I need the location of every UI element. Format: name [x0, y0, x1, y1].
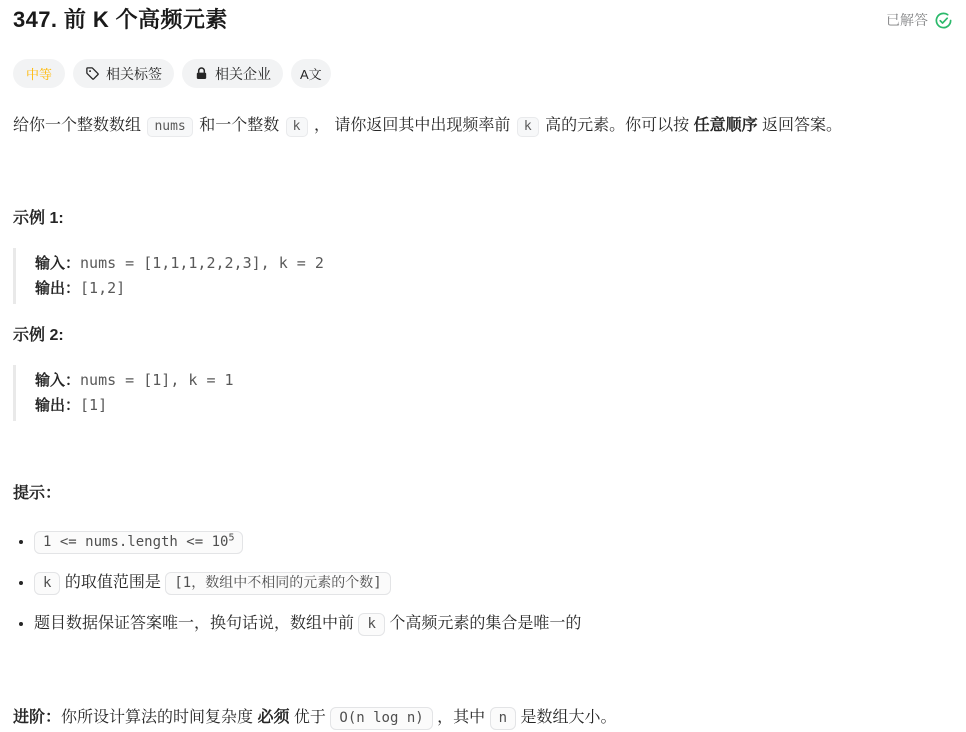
input-label: 输入： [35, 255, 80, 272]
code-k: k [517, 117, 539, 137]
followup-note: 进阶：你所设计算法的时间复杂度 必须 优于 O(n log n) ，其中 n 是… [13, 706, 953, 730]
problem-description: 给你一个整数数组 nums 和一个整数 k ， 请你返回其中出现频率前 k 高的… [13, 114, 953, 138]
example-2-heading: 示例 2: [13, 327, 953, 345]
related-tags-button[interactable]: 相关标签 [73, 59, 174, 88]
followup-text: 优于 [289, 709, 330, 726]
followup-text: ，其中 [433, 709, 490, 726]
tag-icon [85, 66, 100, 81]
code-k: k [34, 572, 60, 595]
example-1-heading: 示例 1: [13, 210, 953, 228]
output-value: [1,2] [80, 279, 125, 297]
solved-label: 已解答 [886, 10, 928, 30]
problem-header: 347. 前 K 个高频元素 已解答 [13, 6, 953, 34]
solved-badge: 已解答 [886, 10, 953, 30]
input-value: nums = [1], k = 1 [80, 371, 234, 389]
output-label: 输出： [35, 280, 80, 297]
constraint-text: 的取值范围是 [60, 574, 165, 591]
problem-page: 347. 前 K 个高频元素 已解答 中等 相关标签 [0, 0, 966, 732]
desc-text: 返回答案。 [758, 117, 842, 134]
lock-icon [194, 66, 209, 81]
code-n: n [490, 707, 516, 730]
difficulty-badge: 中等 [13, 59, 65, 88]
code-k-range: [1，数组中不相同的元素的个数] [165, 572, 390, 595]
related-companies-label: 相关企业 [215, 64, 271, 84]
translate-icon: A文 [300, 64, 322, 83]
code-nums: nums [147, 117, 192, 137]
code-k: k [286, 117, 308, 137]
constraint-item: 1 <= nums.length <= 105 [34, 530, 953, 554]
related-companies-button[interactable]: 相关企业 [182, 59, 283, 88]
followup-text: 你所设计算法的时间复杂度 [61, 709, 257, 726]
constraints-heading: 提示： [13, 485, 953, 503]
followup-bold-must: 必须 [257, 709, 289, 726]
constraint-text: 题目数据保证答案唯一，换句话说，数组中前 [34, 615, 358, 632]
example-1-block: 输入：nums = [1,1,1,2,2,3], k = 2 输出：[1,2] [13, 248, 953, 304]
translate-toggle-button[interactable]: A文 [291, 59, 331, 88]
desc-text: 给你一个整数数组 [13, 117, 145, 134]
page-title: 347. 前 K 个高频元素 [13, 6, 228, 34]
check-circle-icon [934, 11, 953, 30]
output-value: [1] [80, 396, 107, 414]
desc-text: ， 请你返回其中出现频率前 [310, 117, 515, 134]
desc-text: 和一个整数 [195, 117, 284, 134]
related-tags-label: 相关标签 [106, 64, 162, 84]
code-complexity: O(n log n) [330, 707, 432, 730]
code-k: k [358, 613, 384, 636]
constraint-text: 个高频元素的集合是唯一的 [385, 615, 581, 632]
code-constraint-length: 1 <= nums.length <= 105 [34, 531, 243, 554]
example-2-block: 输入：nums = [1], k = 1 输出：[1] [13, 365, 953, 421]
followup-text: 是数组大小。 [516, 709, 616, 726]
input-label: 输入： [35, 372, 80, 389]
output-label: 输出： [35, 397, 80, 414]
constraint-item: k 的取值范围是 [1，数组中不相同的元素的个数] [34, 571, 953, 595]
desc-bold-any-order: 任意顺序 [694, 117, 758, 134]
input-value: nums = [1,1,1,2,2,3], k = 2 [80, 254, 324, 272]
constraint-item: 题目数据保证答案唯一，换句话说，数组中前 k 个高频元素的集合是唯一的 [34, 612, 953, 636]
constraints-list: 1 <= nums.length <= 105 k 的取值范围是 [1，数组中不… [13, 530, 953, 636]
desc-text: 高的元素。你可以按 [541, 117, 694, 134]
followup-label: 进阶： [13, 709, 61, 726]
toolbar: 中等 相关标签 相关企业 A文 [13, 59, 953, 88]
